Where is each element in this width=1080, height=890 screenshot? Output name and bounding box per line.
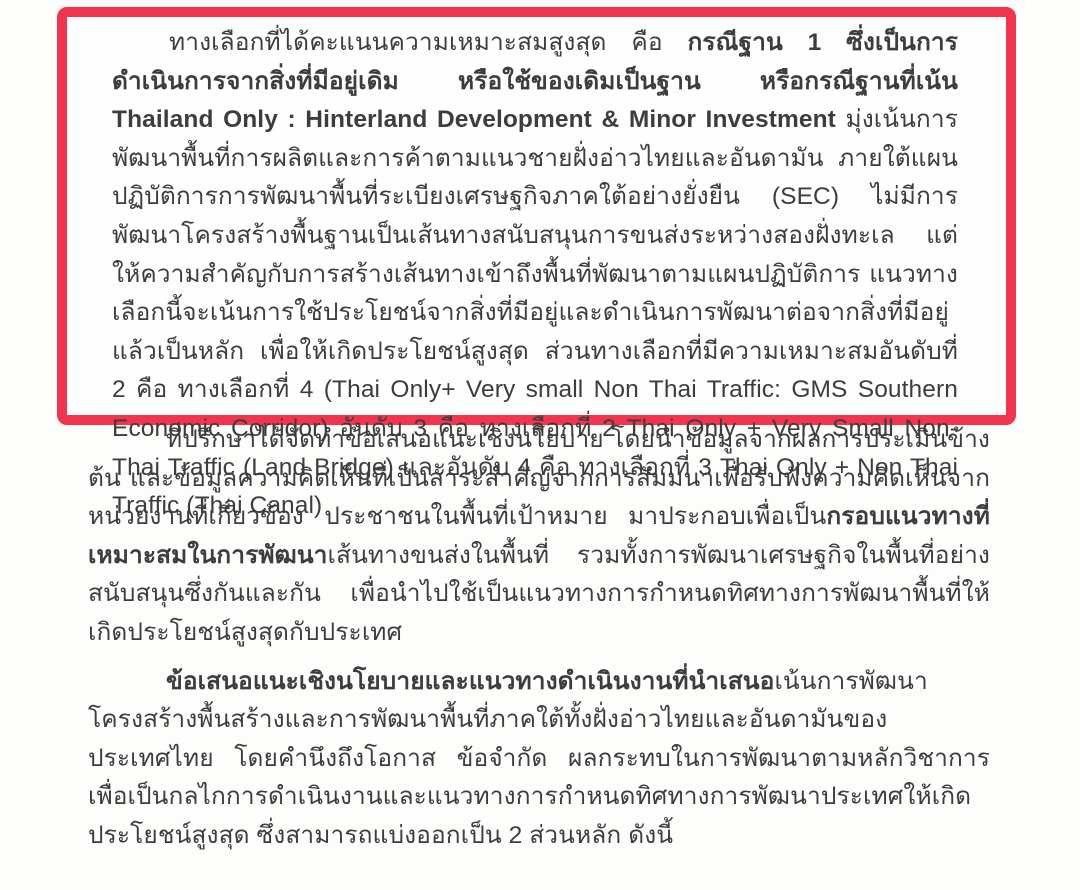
red-highlight-rectangle: ทางเลือกที่ได้คะแนนความเหมาะสมสูงสุด คือ… — [57, 7, 1016, 425]
document-page: ทางเลือกที่ได้คะแนนความเหมาะสมสูงสุด คือ… — [0, 0, 1080, 890]
text-run: ทางเลือกที่ได้คะแนนความเหมาะสมสูงสุด คือ — [169, 29, 687, 56]
paragraph-consultant-policy-intro: ที่ปรึกษาได้จัดทำข้อเสนอแนะเชิงนโยบาย โด… — [88, 421, 990, 653]
paragraph-policy-recommendation: ข้อเสนอแนะเชิงนโยบายและแนวทางดำเนินงานที… — [88, 663, 990, 856]
text-run: ข้อเสนอแนะเชิงนโยบายและแนวทางดำเนินงานที… — [166, 668, 774, 695]
document-body: ที่ปรึกษาได้จัดทำข้อเสนอแนะเชิงนโยบาย โด… — [88, 421, 990, 856]
